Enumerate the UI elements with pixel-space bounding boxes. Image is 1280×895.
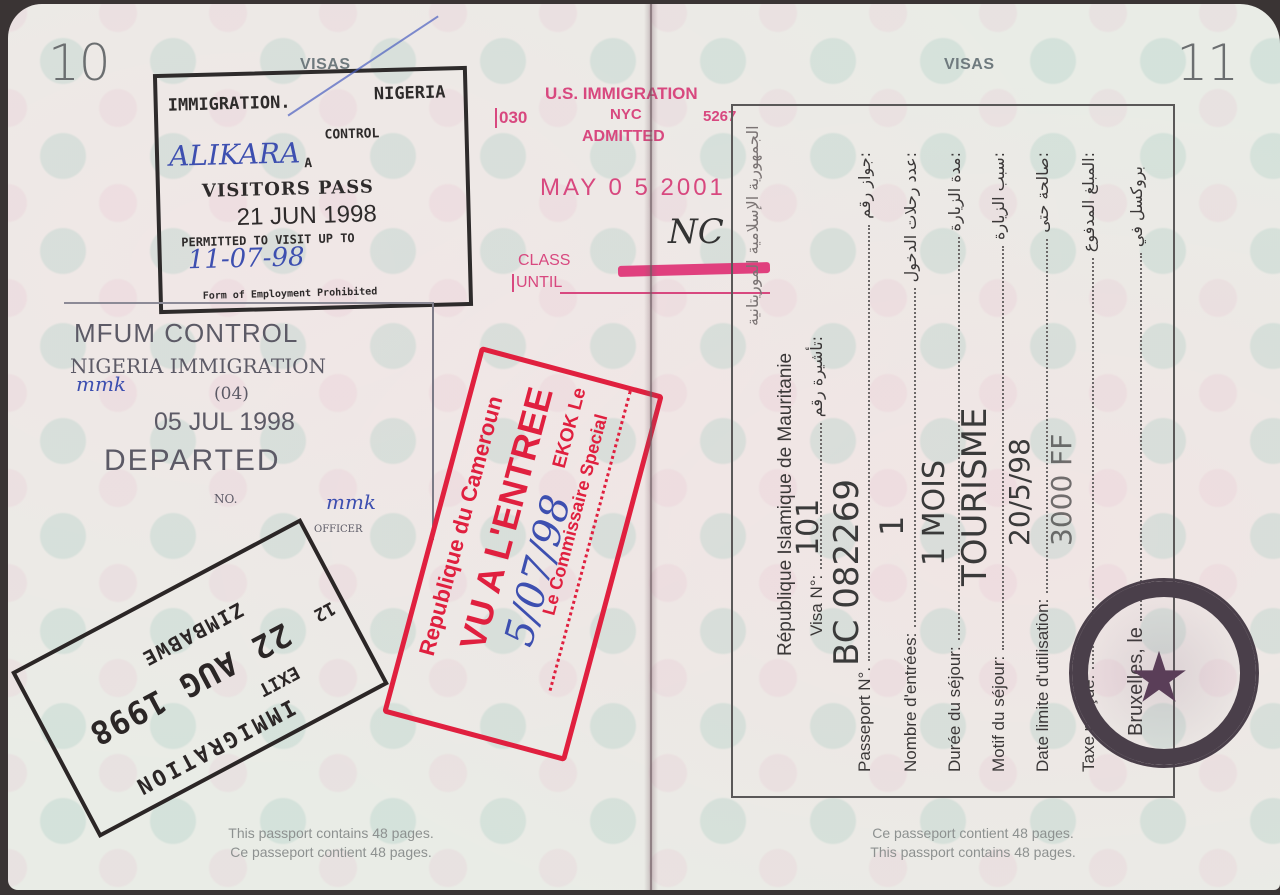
zimbabwe-exit-stamp: IMMIGRATION EXIT 22 AUG 1998 ZIMBABWE 12 <box>11 518 389 838</box>
field-label: Nombre d'entrées: <box>901 633 921 772</box>
field-label-arabic: مدة الزيارة: <box>945 152 964 231</box>
visa-number-row: Visa N°: تأشيرة رقم: <box>807 336 827 636</box>
passport-spread: 10 VISAS IMMIGRATION. NIGERIA CONTROL A … <box>8 4 1280 890</box>
stamp-status: DEPARTED <box>104 444 281 478</box>
stamp-city: NYC <box>610 106 642 123</box>
page-number: 10 <box>48 34 110 92</box>
class-label: CLASS <box>518 252 570 270</box>
footer-line: Ce passeport contient 48 pages. <box>196 843 466 862</box>
embassy-seal: ★ <box>1069 578 1259 768</box>
nigeria-visitor-pass-stamp: IMMIGRATION. NIGERIA CONTROL A VISITORS … <box>153 66 473 314</box>
until-label: UNTIL <box>512 274 562 292</box>
handwritten-value: 1 MOIS <box>917 460 952 566</box>
page-right: 11 VISAS الجمهورية الإسلامية الموريتانية… <box>653 4 1280 890</box>
stamp-line: Form of Employment Prohibited <box>203 286 378 302</box>
handwritten-initials: mmk <box>326 490 376 514</box>
handwritten-value: TOURISME <box>955 408 995 586</box>
star-icon: ★ <box>1128 637 1191 719</box>
field-label: Durée du séjour: <box>945 646 965 772</box>
visa-arabic-title: الجمهورية الإسلامية الموريتانية <box>743 125 762 326</box>
field-label-arabic: المبلغ المدفوع: <box>1079 152 1098 252</box>
visa-field-row: Passeport N°. جواز رقم: <box>855 152 875 772</box>
field-label-arabic: سبب الزيارة: <box>989 152 1008 240</box>
footer-line: Ce passeport contient 48 pages. <box>838 824 1108 843</box>
field-label: Passeport N°. <box>855 667 875 772</box>
stamp-line: MFUM CONTROL <box>74 318 298 349</box>
handwritten-value: 20/5/98 <box>1003 438 1036 546</box>
stamp-line: A <box>304 156 312 171</box>
handwritten-initials: mmk <box>76 372 126 396</box>
field-label-arabic: تأشيرة رقم: <box>807 336 826 417</box>
stamp-line: CONTROL <box>324 126 379 142</box>
stamp-line: IMMIGRATION. <box>167 93 290 116</box>
stamp-code: (04) <box>214 384 249 404</box>
stamp-number: 12 <box>310 597 339 626</box>
mfum-control-stamp: MFUM CONTROL NIGERIA IMMIGRATION (04) 05… <box>64 302 434 540</box>
field-label: Motif du séjour: <box>989 656 1009 772</box>
field-label-arabic: بروكسل في <box>1127 166 1146 247</box>
field-label: Date limite d'utilisation: <box>1033 599 1053 772</box>
page-left: 10 VISAS IMMIGRATION. NIGERIA CONTROL A … <box>8 4 648 890</box>
field-label-arabic: جواز رقم: <box>855 152 874 219</box>
stamp-date: 05 JUL 1998 <box>154 408 295 437</box>
dotted-line <box>867 225 870 661</box>
field-label: Visa N°: <box>807 575 827 636</box>
stamp-date: 21 JUN 1998 <box>236 200 377 232</box>
handwritten-value: 1 <box>873 516 911 536</box>
handwritten-value: BC 082269 <box>827 479 867 666</box>
handwritten-value: 101 <box>791 499 826 556</box>
footer-line: This passport contains 48 pages. <box>196 824 466 843</box>
handwritten-place: ALIKARA <box>169 136 301 172</box>
dotted-line <box>1091 258 1094 669</box>
page-number: 11 <box>1176 34 1238 92</box>
handwritten-date: 11-07-98 <box>187 242 305 275</box>
mauritania-visa: الجمهورية الإسلامية الموريتانية Républiq… <box>731 104 1175 798</box>
page-footer: This passport contains 48 pages. Ce pass… <box>196 824 466 862</box>
page-footer: Ce passeport contient 48 pages. This pas… <box>838 824 1108 862</box>
stamp-code: 030 <box>495 108 527 128</box>
visas-header: VISAS <box>944 56 995 74</box>
stamp-country: NIGERIA <box>374 83 446 105</box>
footer-line: This passport contains 48 pages. <box>838 843 1108 862</box>
officer-label: OFFICER <box>314 524 363 535</box>
handwritten-value: 3000 FF <box>1045 434 1078 546</box>
stamp-title: VISITORS PASS <box>202 176 374 201</box>
field-label-arabic: عدد رحلات الدخول: <box>901 152 920 282</box>
dotted-line <box>1139 253 1142 621</box>
dotted-line <box>913 288 916 626</box>
field-label-arabic: صالحة حتى: <box>1033 152 1052 233</box>
no-label: NO. <box>214 492 237 506</box>
